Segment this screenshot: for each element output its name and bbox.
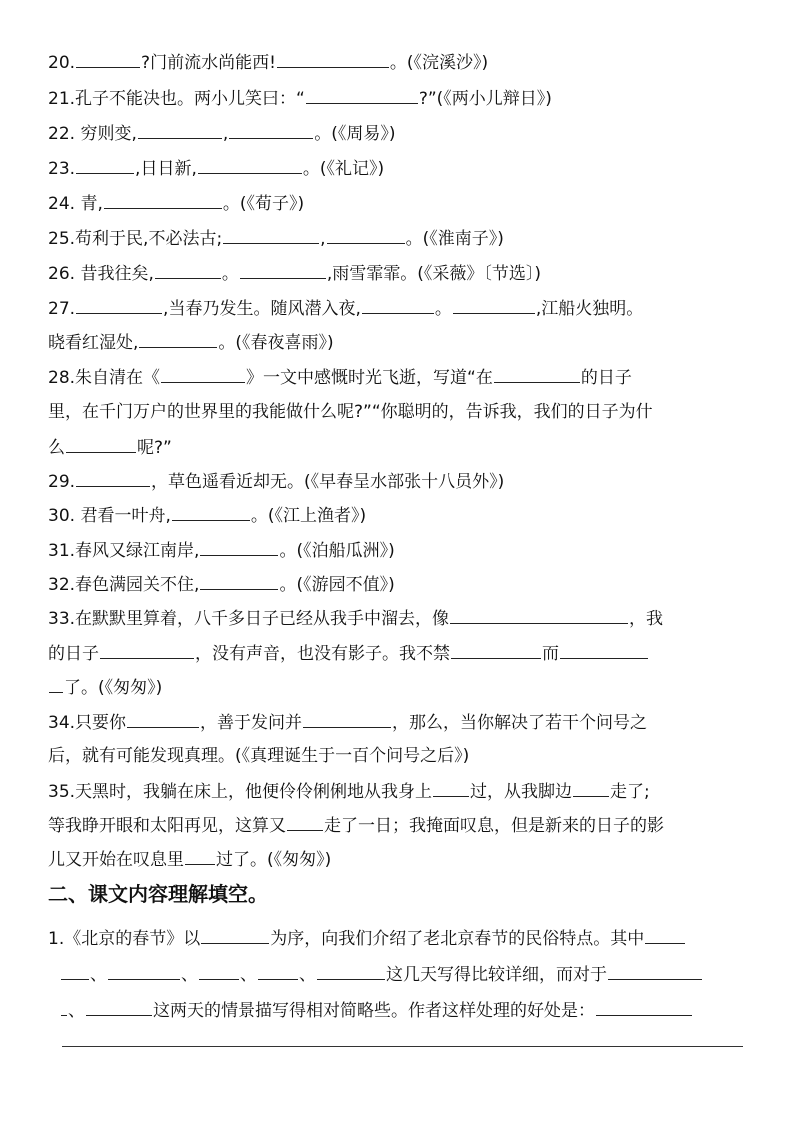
fill-in-blank[interactable] bbox=[450, 606, 628, 624]
question-text: 21.孔子不能决也。两小儿笑曰：“ bbox=[48, 87, 305, 111]
question-line-q33a: 33.在默默里算着，八千多日子已经从我手中溜去，像，我 bbox=[48, 606, 663, 630]
question-text: ,日日新, bbox=[135, 157, 197, 181]
question-text: 。(《淮南子》) bbox=[406, 227, 504, 251]
fill-in-blank[interactable] bbox=[86, 998, 152, 1016]
question-text: 。(《游园不值》) bbox=[279, 573, 394, 597]
fill-in-blank[interactable] bbox=[240, 261, 326, 279]
question-text: 。(《周易》) bbox=[314, 122, 395, 146]
fill-in-blank[interactable] bbox=[327, 226, 405, 244]
question-text: 的日子 bbox=[48, 642, 99, 666]
question-text: 这几天写得比较详细，而对于 bbox=[386, 963, 607, 987]
question-text: 晓看红湿处, bbox=[48, 331, 138, 355]
worksheet-page: 20.?门前流水尚能西!。(《浣溪沙》)21.孔子不能决也。两小儿笑曰：“?”(… bbox=[0, 0, 793, 1122]
question-text: 29. bbox=[48, 470, 75, 494]
fill-in-blank[interactable] bbox=[433, 779, 469, 797]
fill-in-blank[interactable] bbox=[61, 998, 67, 1016]
question-text: 1.《北京的春节》以 bbox=[48, 927, 200, 951]
question-text: 。(《江上渔者》) bbox=[251, 504, 366, 528]
question-line-q22: 22. 穷则变,,。(《周易》) bbox=[48, 121, 396, 145]
question-text: 。(《浣溪沙》) bbox=[390, 51, 488, 75]
question-text: 里，在千门万户的世界里的我能做什么呢?”“你聪明的，告诉我，我们的日子为什 bbox=[48, 400, 653, 424]
fill-in-blank[interactable] bbox=[200, 572, 278, 590]
question-text: 》一文中感慨时光飞逝，写道“在 bbox=[246, 366, 493, 390]
question-line-q34b: 后，就有可能发现真理。(《真理诞生于一百个问号之后》) bbox=[48, 744, 469, 768]
question-text: 。(《春夜喜雨》) bbox=[218, 331, 333, 355]
question-text: 、 bbox=[90, 963, 107, 987]
fill-in-blank[interactable] bbox=[76, 156, 134, 174]
question-text: 的日子 bbox=[581, 366, 632, 390]
question-text: 27. bbox=[48, 297, 75, 321]
fill-in-blank[interactable] bbox=[453, 296, 535, 314]
fill-in-blank[interactable] bbox=[645, 926, 685, 944]
question-line-q30: 30. 君看一叶舟,。(《江上渔者》) bbox=[48, 503, 366, 527]
section-line-s1a: 1.《北京的春节》以为序，向我们介绍了老北京春节的民俗特点。其中 bbox=[48, 926, 686, 950]
fill-in-blank[interactable] bbox=[155, 261, 221, 279]
fill-in-blank[interactable] bbox=[362, 296, 434, 314]
question-text: 20. bbox=[48, 51, 75, 75]
fill-in-blank[interactable] bbox=[139, 330, 217, 348]
question-text: 。 bbox=[435, 297, 452, 321]
question-text: 22. 穷则变, bbox=[48, 122, 137, 146]
fill-in-blank[interactable] bbox=[229, 121, 313, 139]
question-text: 26. 昔我往矣, bbox=[48, 262, 154, 286]
fill-in-blank[interactable] bbox=[306, 86, 418, 104]
fill-in-blank[interactable] bbox=[161, 365, 245, 383]
fill-in-blank[interactable] bbox=[76, 50, 140, 68]
question-text: 25.苟利于民,不必法古; bbox=[48, 227, 222, 251]
question-text: 等我睁开眼和太阳再见，这算又 bbox=[48, 814, 286, 838]
question-line-q25: 25.苟利于民,不必法古;,。(《淮南子》) bbox=[48, 226, 504, 250]
fill-in-blank[interactable] bbox=[127, 710, 199, 728]
question-text: , bbox=[320, 227, 325, 251]
fill-in-blank[interactable] bbox=[49, 675, 63, 693]
question-line-q31: 31.春风又绿江南岸,。(《泊船瓜洲》) bbox=[48, 538, 395, 562]
question-text: 过了。(《匆匆》) bbox=[216, 848, 331, 872]
section-heading: 二、课文内容理解填空。 bbox=[48, 880, 268, 908]
question-line-q28b: 里，在千门万户的世界里的我能做什么呢?”“你聪明的，告诉我，我们的日子为什 bbox=[48, 400, 653, 424]
question-text: 后，就有可能发现真理。(《真理诞生于一百个问号之后》) bbox=[48, 744, 469, 768]
question-line-q28c: 么呢?” bbox=[48, 435, 172, 459]
question-text: 34.只要你 bbox=[48, 711, 126, 735]
fill-in-blank[interactable] bbox=[185, 847, 215, 865]
fill-in-blank[interactable] bbox=[303, 710, 391, 728]
section-line-s1b: 、、、、这几天写得比较详细，而对于 bbox=[60, 962, 703, 986]
question-text: 了。(《匆匆》) bbox=[64, 676, 162, 700]
question-text: ，我 bbox=[629, 607, 663, 631]
question-text: ，草色遥看近却无。(《早春呈水部张十八员外》) bbox=[151, 470, 504, 494]
question-text: 走了一日；我掩面叹息，但是新来的日子的影 bbox=[324, 814, 664, 838]
question-text: 。(《泊船瓜洲》) bbox=[279, 539, 394, 563]
question-line-q33b: 的日子，没有声音，也没有影子。我不禁而 bbox=[48, 641, 649, 665]
question-line-q24: 24. 青,。(《荀子》) bbox=[48, 191, 304, 215]
question-text: 而 bbox=[542, 642, 559, 666]
question-line-q20: 20.?门前流水尚能西!。(《浣溪沙》) bbox=[48, 50, 488, 74]
question-text: 、 bbox=[181, 963, 198, 987]
fill-in-blank[interactable] bbox=[494, 365, 580, 383]
fill-in-blank[interactable] bbox=[317, 962, 385, 980]
question-text: ,雨雪霏霏。(《采薇》〔节选〕) bbox=[327, 262, 541, 286]
question-line-q27b: 晓看红湿处, 。(《春夜喜雨》) bbox=[48, 330, 334, 354]
fill-in-blank[interactable] bbox=[172, 503, 250, 521]
fill-in-blank[interactable] bbox=[560, 641, 648, 659]
question-text: ,江船火独明。 bbox=[536, 297, 643, 321]
question-text: 31.春风又绿江南岸, bbox=[48, 539, 199, 563]
question-line-q29: 29.，草色遥看近却无。(《早春呈水部张十八员外》) bbox=[48, 469, 504, 493]
question-line-q32: 32.春色满园关不住,。(《游园不值》) bbox=[48, 572, 395, 596]
question-text: 、 bbox=[68, 999, 85, 1023]
question-line-q26: 26. 昔我往矣,。 ,雨雪霏霏。(《采薇》〔节选〕) bbox=[48, 261, 541, 285]
fill-in-blank[interactable] bbox=[258, 962, 298, 980]
fill-in-blank[interactable] bbox=[76, 296, 162, 314]
fill-in-blank[interactable] bbox=[573, 779, 609, 797]
fill-in-blank[interactable] bbox=[76, 469, 150, 487]
question-line-q28a: 28.朱自清在《》一文中感慨时光飞逝，写道“在的日子 bbox=[48, 365, 632, 389]
fill-in-blank[interactable] bbox=[61, 962, 89, 980]
fill-in-blank[interactable] bbox=[201, 926, 269, 944]
fill-in-blank[interactable] bbox=[200, 538, 278, 556]
question-text: 33.在默默里算着，八千多日子已经从我手中溜去，像 bbox=[48, 607, 449, 631]
fill-in-blank[interactable] bbox=[104, 191, 222, 209]
question-text: ，那么，当你解决了若干个问号之 bbox=[392, 711, 647, 735]
fill-in-blank[interactable] bbox=[277, 50, 389, 68]
question-text: ?门前流水尚能西! bbox=[141, 51, 276, 75]
question-text: , bbox=[223, 122, 228, 146]
question-text: ?”(《两小儿辩日》) bbox=[419, 87, 552, 111]
question-text: 28.朱自清在《 bbox=[48, 366, 160, 390]
fill-in-blank[interactable] bbox=[108, 962, 180, 980]
question-text: 35.天黑时，我躺在床上，他便伶伶俐俐地从我身上 bbox=[48, 780, 432, 804]
question-text: ，没有声音，也没有影子。我不禁 bbox=[195, 642, 450, 666]
question-text: 、 bbox=[240, 963, 257, 987]
question-text: 为序，向我们介绍了老北京春节的民俗特点。其中 bbox=[270, 927, 644, 951]
question-text: 23. bbox=[48, 157, 75, 181]
question-text: 。(《礼记》) bbox=[303, 157, 384, 181]
question-line-q35b: 等我睁开眼和太阳再见，这算又走了一日；我掩面叹息，但是新来的日子的影 bbox=[48, 813, 664, 837]
question-text: 儿又开始在叹息里 bbox=[48, 848, 184, 872]
question-line-q35c: 儿又开始在叹息里过了。(《匆匆》) bbox=[48, 847, 331, 871]
question-text: 过，从我脚边 bbox=[470, 780, 572, 804]
question-text: ，善于发问并 bbox=[200, 711, 302, 735]
fill-in-blank[interactable] bbox=[66, 435, 136, 453]
question-text: 30. 君看一叶舟, bbox=[48, 504, 171, 528]
question-line-q27a: 27.,当春乃发生。随风潜入夜,。 ,江船火独明。 bbox=[48, 296, 643, 320]
question-line-q34a: 34.只要你，善于发问并，那么，当你解决了若干个问号之 bbox=[48, 710, 647, 734]
question-text: 走了; bbox=[610, 780, 650, 804]
question-text: 32.春色满园关不住, bbox=[48, 573, 199, 597]
question-text: 。 bbox=[222, 262, 239, 286]
answer-line[interactable] bbox=[62, 1046, 743, 1047]
section-line-s1c: 、这两天的情景描写得相对简略些。作者这样处理的好处是： bbox=[60, 998, 693, 1022]
question-text: 呢?” bbox=[137, 436, 172, 460]
question-text: ,当春乃发生。随风潜入夜, bbox=[163, 297, 361, 321]
question-text: 、 bbox=[299, 963, 316, 987]
question-text: 么 bbox=[48, 436, 65, 460]
question-line-q21: 21.孔子不能决也。两小儿笑曰：“?”(《两小儿辩日》) bbox=[48, 86, 552, 110]
fill-in-blank[interactable] bbox=[596, 998, 692, 1016]
question-text: 。(《荀子》) bbox=[223, 192, 304, 216]
question-text: 24. 青, bbox=[48, 192, 103, 216]
question-line-q35a: 35.天黑时，我躺在床上，他便伶伶俐俐地从我身上过，从我脚边走了; bbox=[48, 779, 650, 803]
fill-in-blank[interactable] bbox=[608, 962, 702, 980]
fill-in-blank[interactable] bbox=[199, 962, 239, 980]
question-text: 这两天的情景描写得相对简略些。作者这样处理的好处是： bbox=[153, 999, 595, 1023]
fill-in-blank[interactable] bbox=[138, 121, 222, 139]
fill-in-blank[interactable] bbox=[100, 641, 194, 659]
fill-in-blank[interactable] bbox=[451, 641, 541, 659]
question-line-q33c: 了。(《匆匆》) bbox=[48, 675, 162, 699]
fill-in-blank[interactable] bbox=[223, 226, 319, 244]
question-line-q23: 23. ,日日新,。(《礼记》) bbox=[48, 156, 384, 180]
fill-in-blank[interactable] bbox=[198, 156, 302, 174]
fill-in-blank[interactable] bbox=[287, 813, 323, 831]
